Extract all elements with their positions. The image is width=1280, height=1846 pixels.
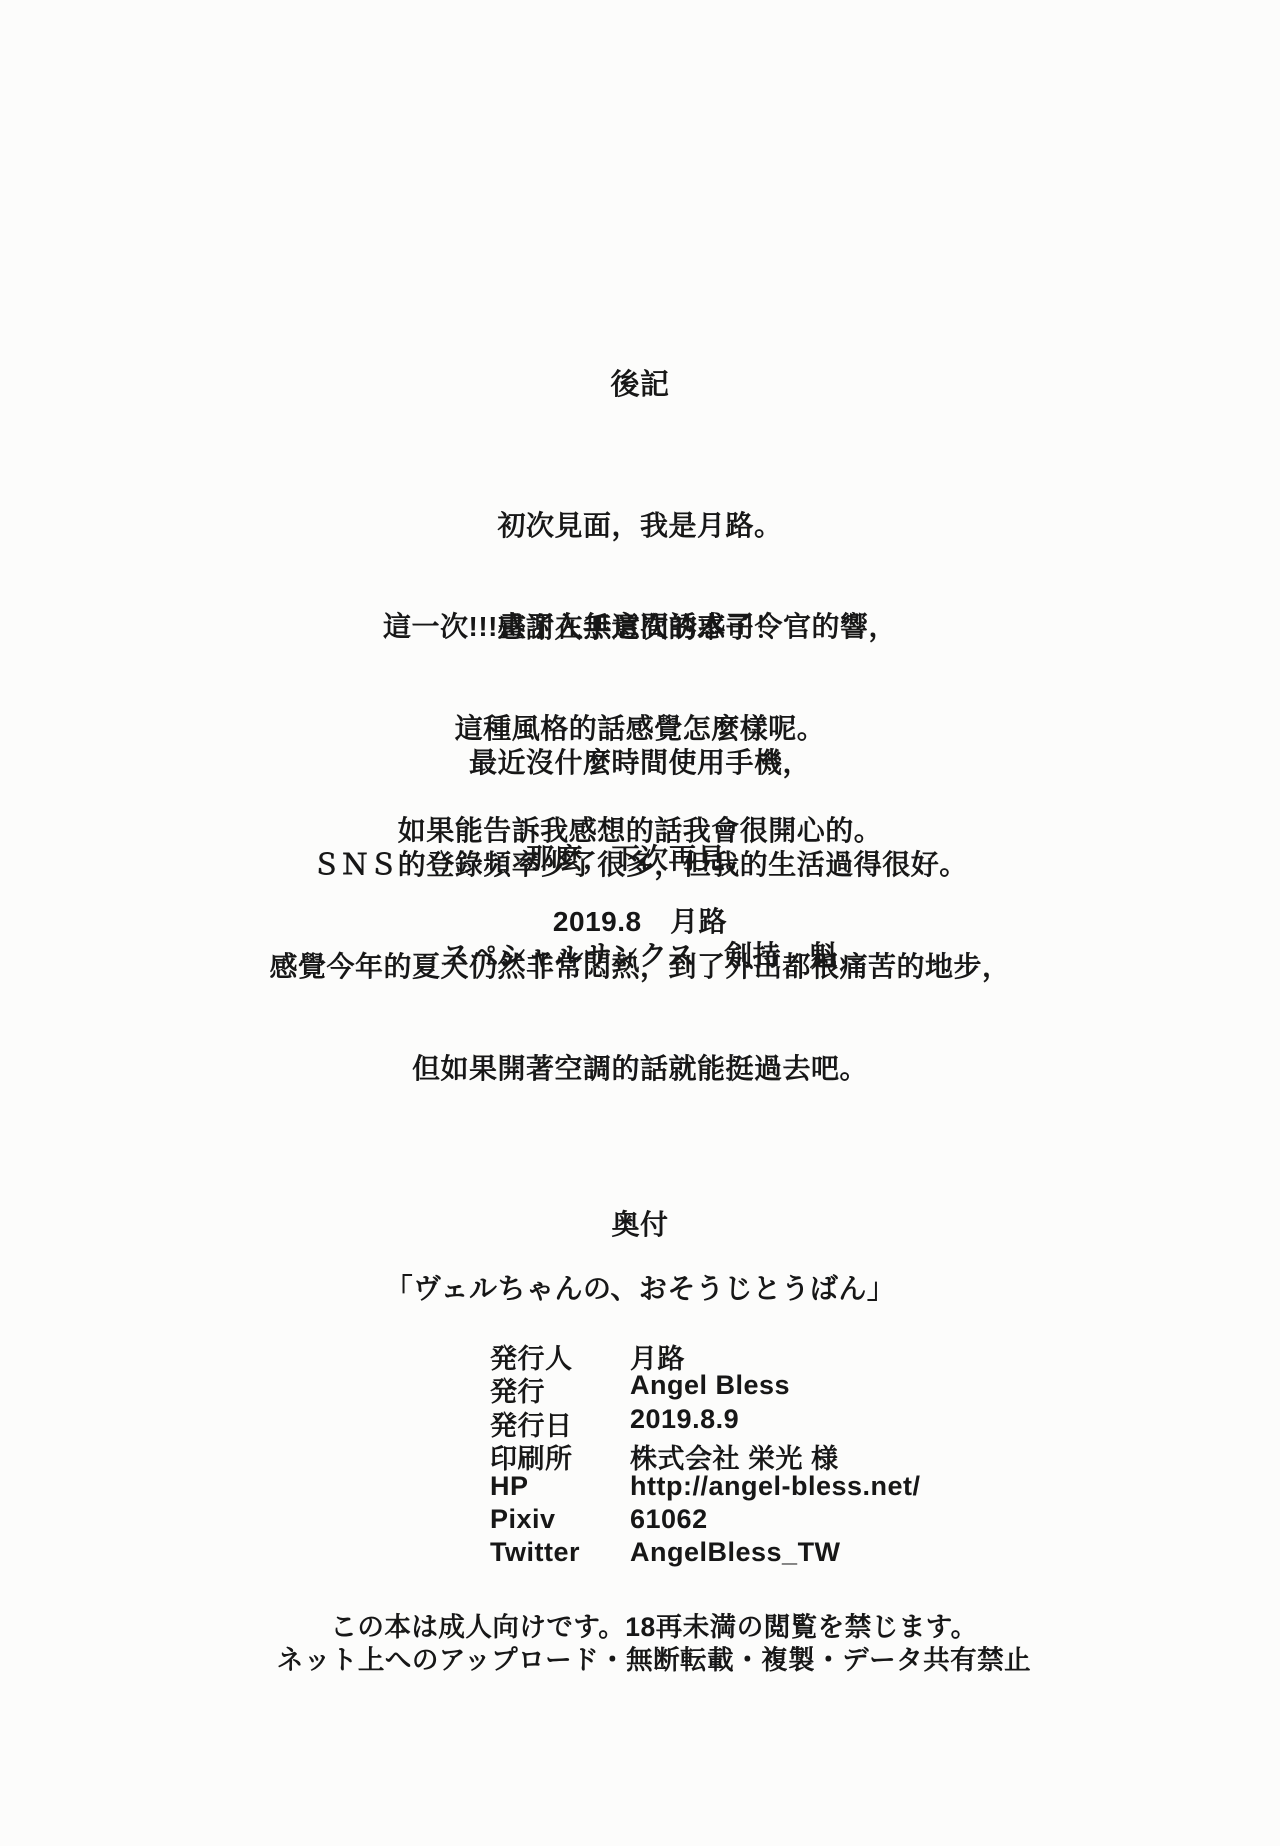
colophon-row-value: 2019.8.9: [630, 1404, 739, 1435]
afterword-closing: 那麼，下次再見。: [0, 842, 1280, 876]
colophon-row-publish-date: 発行日 2019.8.9: [490, 1404, 921, 1437]
colophon-row-label: Twitter: [490, 1537, 630, 1568]
colophon-row-label: HP: [490, 1471, 630, 1502]
colophon-row-twitter: Twitter AngelBless_TW: [490, 1537, 921, 1570]
colophon-row-value: 61062: [630, 1504, 708, 1535]
colophon-row-publisher-person: 発行人 月路: [490, 1337, 921, 1370]
colophon-row-pixiv: Pixiv 61062: [490, 1504, 921, 1537]
colophon-row-value-url: http://angel-bless.net/: [630, 1471, 921, 1502]
afterword-colophon-page: 後記 初次見面，我是月路。 感謝入手這次的本子！ 這一次!!!畫了在無意間誘惑司…: [0, 0, 1280, 1846]
adult-content-warning: この本は成人向けです。18再未満の閲覧を禁じます。: [14, 1610, 1280, 1644]
text-line: 但如果開著空調的話就能挺過去吧。: [0, 1052, 1280, 1086]
text-line: 最近沒什麼時間使用手機，: [0, 746, 1280, 780]
afterword-special-thanks: スペシャルサンクス 剣持 魁: [0, 939, 1280, 973]
colophon-book-title: 「ヴェルちゃんの、おそうじとうばん」: [0, 1272, 1280, 1306]
afterword-signature: 2019.8 月路: [0, 905, 1280, 939]
no-redistribution-warning: ネット上へのアップロード・無断転載・複製・データ共有禁止: [14, 1643, 1280, 1677]
text-line: 初次見面，我是月路。: [0, 509, 1280, 543]
colophon-row-label: Pixiv: [490, 1504, 630, 1535]
colophon-row-value: AngelBless_TW: [630, 1537, 841, 1568]
colophon-row-homepage: HP http://angel-bless.net/: [490, 1471, 921, 1504]
text-line: 這一次!!!畫了在無意間誘惑司令官的響，: [0, 610, 1280, 644]
colophon-title: 奥付: [0, 1208, 1280, 1242]
colophon-row-value: Angel Bless: [630, 1370, 790, 1401]
afterword-title: 後記: [0, 368, 1280, 402]
colophon-table: 発行人 月路 発行 Angel Bless 発行日 2019.8.9 印刷所 株…: [490, 1337, 921, 1571]
colophon-row-printer: 印刷所 株式会社 栄光 様: [490, 1437, 921, 1470]
colophon-row-circle: 発行 Angel Bless: [490, 1370, 921, 1403]
